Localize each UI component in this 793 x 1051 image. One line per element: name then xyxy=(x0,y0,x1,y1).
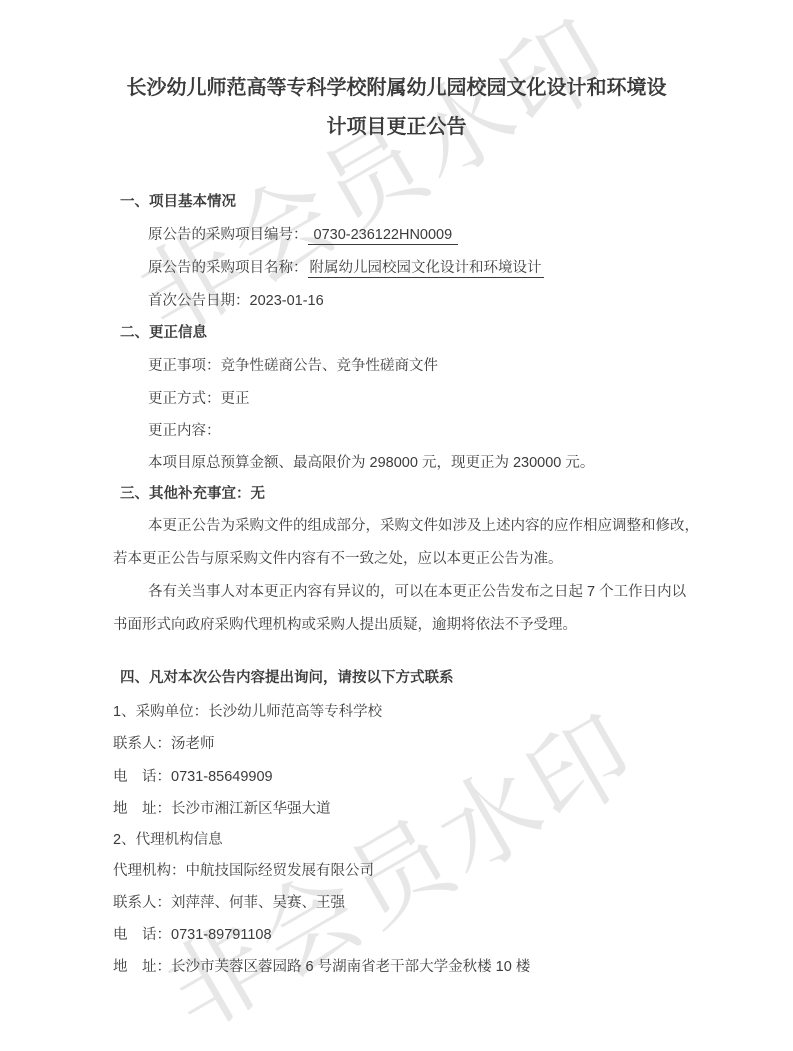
section-heading-basic-info: 一、项目基本情况 xyxy=(120,192,236,212)
project-number-value: 0730-236122HN0009 xyxy=(308,227,459,245)
agency-info-heading: 2、代理机构信息 xyxy=(113,830,223,850)
correction-method-line: 更正方式：更正 xyxy=(148,389,250,409)
document-content: 长沙幼儿师范高等专科学校附属幼儿园校园文化设计和环境设 计项目更正公告 一、项目… xyxy=(0,0,793,1051)
page-title-line2: 计项目更正公告 xyxy=(0,115,793,139)
agency-name-line: 代理机构：中航技国际经贸发展有限公司 xyxy=(113,861,374,881)
project-number-label: 原公告的采购项目编号： xyxy=(148,227,308,243)
first-announcement-date-line: 首次公告日期：2023-01-16 xyxy=(148,291,324,311)
correction-content-label: 更正内容： xyxy=(148,421,221,441)
buyer-phone-line: 电 话：0731-85649909 xyxy=(113,767,273,787)
buyer-address-line: 地 址：长沙市湘江新区华强大道 xyxy=(113,799,331,819)
other-matters-paragraph-line4: 书面形式向政府采购代理机构或采购人提出质疑，逾期将依法不予受理。 xyxy=(113,615,577,635)
correction-items-line: 更正事项：竞争性磋商公告、竞争性磋商文件 xyxy=(148,356,438,376)
other-matters-paragraph-line1: 本更正公告为采购文件的组成部分，采购文件如涉及上述内容的应作相应调整和修改， xyxy=(148,516,699,536)
buyer-contact-line: 联系人：汤老师 xyxy=(113,734,215,754)
section-heading-correction-info: 二、更正信息 xyxy=(120,323,207,343)
other-matters-paragraph-line2: 若本更正公告与原采购文件内容有不一致之处，应以本更正公告为准。 xyxy=(113,549,563,569)
agency-address-line: 地 址：长沙市芙蓉区蓉园路 6 号湖南省老干部大学金秋楼 10 楼 xyxy=(113,957,530,977)
agency-contact-line: 联系人：刘萍萍、何菲、吴赛、王强 xyxy=(113,893,345,913)
section-heading-other-matters: 三、其他补充事宜：无 xyxy=(120,484,265,504)
correction-content-body: 本项目原总预算金额、最高限价为 298000 元，现更正为 230000 元。 xyxy=(148,453,594,473)
project-number-line: 原公告的采购项目编号：0730-236122HN0009 xyxy=(148,225,458,245)
buyer-unit-line: 1、采购单位：长沙幼儿师范高等专科学校 xyxy=(113,702,382,722)
agency-phone-line: 电 话：0731-89791108 xyxy=(113,925,272,945)
other-matters-paragraph-line3: 各有关当事人对本更正内容有异议的，可以在本更正公告发布之日起 7 个工作日内以 xyxy=(148,582,686,602)
project-name-value: 附属幼儿园校园文化设计和环境设计 xyxy=(308,260,544,278)
page-title-line1: 长沙幼儿师范高等专科学校附属幼儿园校园文化设计和环境设 xyxy=(0,76,793,100)
project-name-label: 原公告的采购项目名称： xyxy=(148,260,308,276)
project-name-line: 原公告的采购项目名称：附属幼儿园校园文化设计和环境设计 xyxy=(148,258,544,278)
section-heading-contact: 四、凡对本次公告内容提出询问，请按以下方式联系 xyxy=(120,668,454,688)
document-page: 非会员水印 非会员水印 长沙幼儿师范高等专科学校附属幼儿园校园文化设计和环境设 … xyxy=(0,0,793,1051)
